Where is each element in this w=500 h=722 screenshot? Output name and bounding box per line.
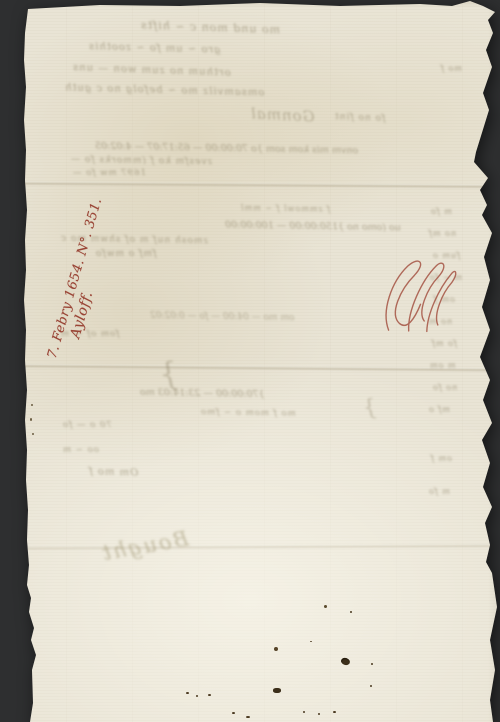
fold-crease-middle bbox=[24, 364, 494, 372]
bleedthrough-accounting-line: om mo — 04:00 — fo — 0:02:02 bbox=[150, 312, 294, 324]
ink-stain bbox=[340, 657, 351, 667]
ink-speck bbox=[324, 605, 327, 608]
bleedthrough-brace: } bbox=[362, 398, 377, 420]
bleedthrough-fragment: mo f bbox=[440, 65, 462, 73]
ink-speck bbox=[350, 611, 352, 613]
archival-docket-inscription: 7. Febry 1654. N°. 351. Ayloff. bbox=[44, 212, 118, 366]
photo-background: mo und mon c ~ hifts gro ~ um fo ~ zooth… bbox=[0, 0, 500, 722]
bleedthrough-fragment: fo no fint bbox=[334, 113, 386, 124]
ink-speck bbox=[196, 695, 198, 697]
manuscript-paper-sheet: mo und mon c ~ hifts gro ~ um fo ~ zooth… bbox=[0, 0, 500, 722]
bleedthrough-docket-word: Bought bbox=[99, 526, 191, 565]
bleedthrough-fragment: 1697 mw fo — bbox=[72, 169, 146, 178]
stitch-hole bbox=[30, 418, 32, 421]
fold-crease-upper bbox=[24, 181, 494, 188]
red-monogram-flourish-icon bbox=[378, 242, 461, 346]
bleedthrough-fragment: Om mo f bbox=[88, 467, 139, 479]
bleedthrough-fragment: no mf bbox=[428, 230, 456, 238]
ink-speck bbox=[208, 694, 211, 696]
ink-speck bbox=[333, 711, 336, 713]
bleedthrough-fragment: no fo bbox=[432, 384, 457, 392]
ink-speck bbox=[318, 713, 320, 715]
bleedthrough-fragment: mo und mon c ~ hifts bbox=[140, 20, 280, 36]
stitch-hole bbox=[32, 433, 34, 435]
stitch-hole bbox=[31, 404, 33, 406]
bleedthrough-brace: } bbox=[158, 358, 179, 390]
ink-speck bbox=[303, 711, 305, 713]
bleedthrough-fragment: zvesfm ko f (mmorks fo — bbox=[70, 156, 212, 167]
ink-speck bbox=[232, 712, 235, 714]
bleedthrough-accounting-line: uo (omo no }150:00:00 — 100:00:00 bbox=[225, 220, 401, 233]
ink-speck bbox=[371, 663, 373, 665]
bleedthrough-accounting-line: }70:00:00 — 23:14:03 mo bbox=[140, 388, 265, 400]
bleedthrough-fragment: oo ~ m bbox=[62, 446, 99, 455]
bleedthrough-fragment: mo f mom o ~ fmo bbox=[200, 408, 296, 418]
fold-crease-lower bbox=[24, 544, 494, 550]
ink-speck bbox=[186, 692, 189, 694]
bleedthrough-fragment: mf o bbox=[428, 406, 450, 414]
bleedthrough-fragment: gro ~ um fo ~ zoothis bbox=[88, 42, 221, 55]
bleedthrough-fragment: m fo bbox=[428, 488, 450, 496]
bleedthrough-heading-scribble: Gonmal bbox=[250, 106, 315, 124]
ink-stain bbox=[274, 647, 278, 651]
paper-shadow-wrap: mo und mon c ~ hifts gro ~ um fo ~ zooth… bbox=[0, 0, 500, 722]
bleedthrough-fragment: m om bbox=[429, 362, 456, 370]
ink-speck bbox=[310, 641, 312, 642]
bleedthrough-fragment: f zmmowl f ~ mml bbox=[240, 204, 330, 214]
ink-stain bbox=[273, 688, 281, 693]
bleedthrough-fragment: om f bbox=[430, 455, 452, 463]
bleedthrough-accounting-line: onvm mis kom som }o 70:00:00 — 65:17:07 … bbox=[95, 142, 358, 156]
bleedthrough-fragment: orthum no zum won — uns bbox=[72, 63, 231, 79]
ink-speck bbox=[246, 716, 250, 718]
bleedthrough-fragment: 70 o — fo bbox=[62, 421, 112, 430]
ink-speck bbox=[370, 685, 372, 687]
bleedthrough-fragment: m fo bbox=[430, 208, 452, 216]
bleedthrough-fragment: omsamvilz mo ~ befolg no c guth bbox=[64, 83, 265, 98]
